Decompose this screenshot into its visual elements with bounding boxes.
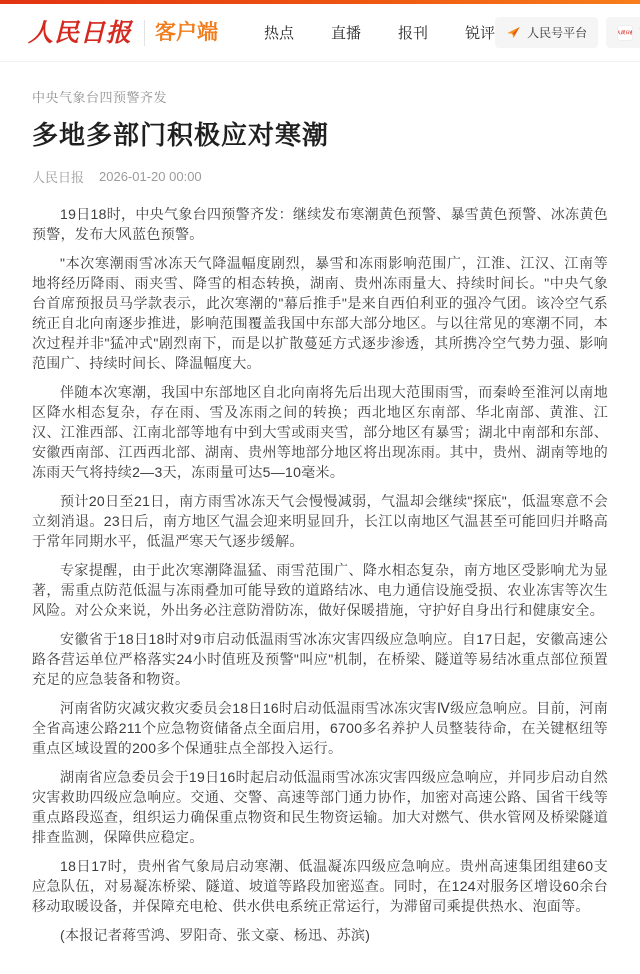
article-page: 中央气象台四预警齐发 多地多部门积极应对寒潮 人民日报 2026-01-20 0…: [0, 87, 640, 974]
article-byline: 人民日报 2026-01-20 00:00: [32, 167, 608, 186]
download-client-button[interactable]: 人民日报 下载客户端: [606, 17, 640, 48]
people-account-platform-label: 人民号平台: [527, 24, 587, 41]
people-daily-logo: 人民日报: [28, 20, 132, 45]
article-paragraph: 专家提醒，由于此次寒潮降温猛、雨雪范围广、降水相态复杂，南方地区受影响尤为显著，…: [32, 560, 608, 620]
article-title: 多地多部门积极应对寒潮: [32, 119, 608, 153]
article-signature: (本报记者蒋雪鸿、罗阳奇、张文豪、杨迅、苏滨): [32, 925, 608, 945]
nav-item-newspaper[interactable]: 报刊: [398, 22, 428, 43]
brand-divider: [144, 20, 145, 46]
nav-item-hotspot[interactable]: 热点: [264, 22, 294, 43]
article-paragraph: 河南省防灾减灾救灾委员会18日16时启动低温雨雪冰冻灾害Ⅳ级应急响应。目前，河南…: [32, 698, 608, 758]
article-kicker: 中央气象台四预警齐发: [32, 87, 608, 106]
article-paragraph: 19日18时，中央气象台四预警齐发：继续发布寒潮黄色预警、暴雪黄色预警、冰冻黄色…: [32, 204, 608, 244]
brand-logo[interactable]: 人民日报 客户端: [28, 20, 218, 46]
article-paragraph: 预计20日至21日，南方雨雪冰冻天气会慢慢减弱，气温却会继续"探底"，低温寒意不…: [32, 491, 608, 551]
brand-product-label: 客户端: [155, 22, 218, 43]
article-paragraph: 18日17时，贵州省气象局启动寒潮、低温凝冻四级应急响应。贵州高速集团组建60支…: [32, 856, 608, 916]
paper-plane-icon: [506, 25, 521, 40]
site-header: 人民日报 客户端 热点 直播 报刊 锐评 人民号平台 人民日报 下载客户端: [0, 4, 640, 62]
article-source: 人民日报: [32, 167, 84, 186]
main-nav: 热点 直播 报刊 锐评: [264, 22, 495, 43]
article-paragraph: 伴随本次寒潮，我国中东部地区自北向南将先后出现大范围雨雪，而秦岭至淮河以南地区降…: [32, 382, 608, 482]
nav-item-live[interactable]: 直播: [331, 22, 361, 43]
article-paragraph: 湖南省应急委员会于19日16时起启动低温雨雪冰冻灾害四级应急响应，并同步启动自然…: [32, 767, 608, 847]
article-paragraph: 安徽省于18日18时对9市启动低温雨雪冰冻灾害四级应急响应。自17日起，安徽高速…: [32, 629, 608, 689]
article-paragraph: "本次寒潮雨雪冰冻天气降温幅度剧烈，暴雪和冻雨影响范围广，江淮、江汉、江南等地将…: [32, 253, 608, 373]
people-daily-logo-icon: 人民日报: [617, 25, 633, 41]
article-datetime: 2026-01-20 00:00: [99, 169, 202, 184]
article-body: 19日18时，中央气象台四预警齐发：继续发布寒潮黄色预警、暴雪黄色预警、冰冻黄色…: [32, 204, 608, 945]
people-account-platform-button[interactable]: 人民号平台: [495, 17, 598, 48]
nav-item-commentary[interactable]: 锐评: [465, 22, 495, 43]
header-actions: 人民号平台 人民日报 下载客户端: [495, 17, 640, 48]
